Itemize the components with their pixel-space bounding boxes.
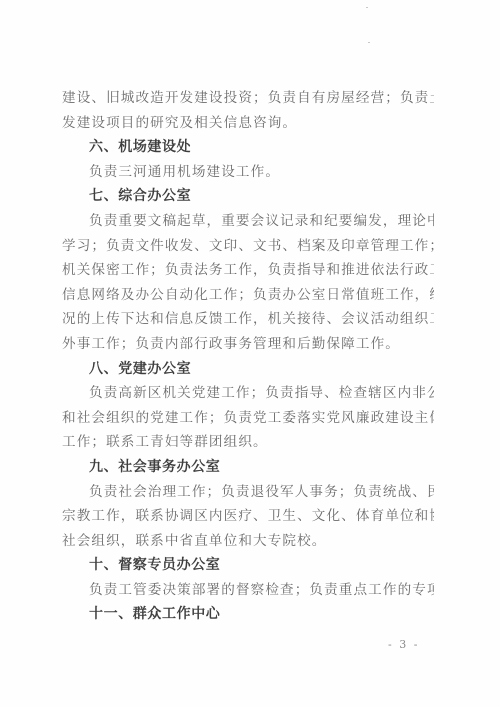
paragraph-line: 发建设项目的研究及相关信息咨询。 — [62, 111, 434, 136]
paragraph-line: 负责三河通用机场建设工作。 — [62, 160, 434, 185]
scan-speck — [366, 7, 368, 8]
section-heading: 九、社会事务办公室 — [62, 455, 434, 480]
document-body: 建设、旧城改造开发建设投资；负责自有房屋经营；负责土地开 发建设项目的研究及相关… — [62, 86, 434, 627]
paragraph-line: 和社会组织的党建工作；负责党工委落实党风廉政建设主体责任 — [62, 406, 434, 431]
paragraph-line: 工作；联系工青妇等群团组织。 — [62, 430, 434, 455]
section-heading: 十一、群众工作中心 — [62, 602, 434, 627]
paragraph-line: 建设、旧城改造开发建设投资；负责自有房屋经营；负责土地开 — [62, 86, 434, 111]
paragraph-line: 负责社会治理工作；负责退役军人事务；负责统战、民族、 — [62, 480, 434, 505]
document-page: 建设、旧城改造开发建设投资；负责自有房屋经营；负责土地开 发建设项目的研究及相关… — [0, 0, 500, 707]
paragraph-line: 负责工管委决策部署的督察检查；负责重点工作的专项督察。 — [62, 578, 434, 603]
page-number: - 3 - — [388, 638, 419, 651]
paragraph-line: 况的上传下达和信息反馈工作，机关接待、会议活动组织工作， — [62, 307, 434, 332]
paragraph-line: 信息网络及办公自动化工作；负责办公室日常值班工作，综合情 — [62, 283, 434, 308]
paragraph-line: 社会组织，联系中省直单位和大专院校。 — [62, 529, 434, 554]
paragraph-line: 负责重要文稿起草，重要会议记录和纪要编发，理论中心组 — [62, 209, 434, 234]
paragraph-line: 宗教工作，联系协调区内医疗、卫生、文化、体育单位和协会等 — [62, 504, 434, 529]
section-heading: 十、督察专员办公室 — [62, 553, 434, 578]
section-heading: 六、机场建设处 — [62, 135, 434, 160]
paragraph-line: 机关保密工作；负责法务工作，负责指导和推进依法行政工作， — [62, 258, 434, 283]
paragraph-line: 负责高新区机关党建工作；负责指导、检查辖区内非公企业 — [62, 381, 434, 406]
paragraph-line: 学习；负责文件收发、文印、文书、档案及印章管理工作；负责 — [62, 234, 434, 259]
section-heading: 七、综合办公室 — [62, 184, 434, 209]
paragraph-line: 外事工作；负责内部行政事务管理和后勤保障工作。 — [62, 332, 434, 357]
section-heading: 八、党建办公室 — [62, 357, 434, 382]
scan-speck — [368, 42, 370, 43]
